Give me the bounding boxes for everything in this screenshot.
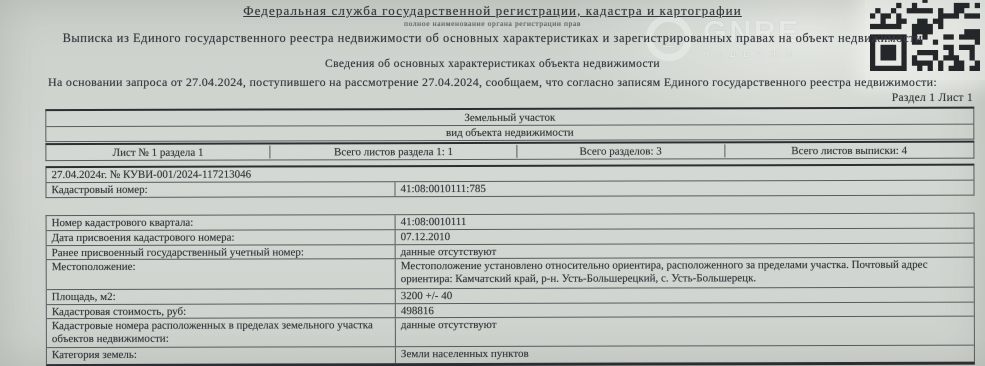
row-label: Дата присвоения кадастрового номера: xyxy=(47,230,396,244)
row-label: Категория земель: xyxy=(47,347,396,364)
row-label: Номер кадастрового квартала: xyxy=(47,215,396,230)
row-value: 07.12.2010 xyxy=(396,229,974,244)
request-table: 27.04.2024г. № КУВИ-001/2024-117213046 К… xyxy=(45,164,974,198)
row-label: Кадастровая стоимость, руб: xyxy=(47,304,396,318)
authority-title: Федеральная служба государственной регис… xyxy=(0,3,985,19)
row-value: 3200 +/- 40 xyxy=(396,288,974,303)
table-row-area: Площадь, м2: 3200 +/- 40 xyxy=(47,287,974,304)
sheet-info-cell-total-sheets: Всего листов выписки: 4 xyxy=(725,143,973,157)
cadastral-number-value: 41:08:0010111:785 xyxy=(395,181,973,196)
table-row-land-category: Категория земель: Земли населенных пункт… xyxy=(47,345,974,364)
authority-caption: полное наименование органа регистрации п… xyxy=(0,19,985,28)
table-row-previous-number: Ранее присвоенный государственный учетны… xyxy=(47,242,974,259)
object-type-caption-row: вид объекта недвижимости xyxy=(46,124,973,141)
request-basis-line: На основании запроса от 27.04.2024, пост… xyxy=(48,75,949,90)
table-row-cadastral-value: Кадастровая стоимость, руб: 498816 xyxy=(47,301,974,318)
table-row-assignment-date: Дата присвоения кадастрового номера: 07.… xyxy=(47,228,974,245)
sheet-info-table: Лист № 1 раздела 1 Всего листов раздела … xyxy=(45,141,974,161)
row-value: 498816 xyxy=(396,302,974,317)
object-type-table: Земельный участок вид объекта недвижимос… xyxy=(45,107,974,142)
row-value: Земли населенных пунктов xyxy=(396,346,974,364)
table-row-quarter-number: Номер кадастрового квартала: 41:08:00101… xyxy=(47,214,974,230)
egrn-extract-page: ⌂ GNRE НЕДВИЖИ Федеральная служба госуда… xyxy=(0,0,985,366)
cadastral-number-row: Кадастровый номер: 41:08:0010111:785 xyxy=(46,180,973,197)
row-value: Местоположение установлено относительно … xyxy=(396,258,974,289)
request-number: 27.04.2024г. № КУВИ-001/2024-117213046 xyxy=(46,168,256,183)
sheet-info-row: Лист № 1 раздела 1 Всего листов раздела … xyxy=(46,143,973,160)
row-label: Кадастровые номера расположенных в преде… xyxy=(47,318,396,347)
row-value: 41:08:0010111 xyxy=(396,214,974,230)
sheet-info-cell-total-sections: Всего разделов: 3 xyxy=(517,144,725,158)
row-label: Местоположение: xyxy=(47,259,396,289)
sheet-info-cell-section-sheets: Всего листов раздела 1: 1 xyxy=(271,145,518,159)
row-label: Ранее присвоенный государственный учетны… xyxy=(47,245,396,259)
section-sheet-label: Раздел 1 Лист 1 xyxy=(892,92,973,104)
table-row-location: Местоположение: Местоположение установле… xyxy=(47,257,974,289)
details-table: Номер кадастрового квартала: 41:08:00101… xyxy=(46,213,975,366)
object-type-value: Земельный участок xyxy=(459,111,560,125)
cadastral-number-label: Кадастровый номер: xyxy=(46,182,395,196)
document-title: Выписка из Единого государственного реес… xyxy=(0,31,985,46)
section-title: Сведения об основных характеристиках объ… xyxy=(0,57,985,70)
table-row-objects-within: Кадастровые номера расположенных в преде… xyxy=(47,316,974,347)
row-value: данные отсутствуют xyxy=(396,243,974,258)
object-type-caption: вид объекта недвижимости xyxy=(441,126,579,140)
sheet-info-cell-list-number: Лист № 1 раздела 1 xyxy=(46,145,270,159)
row-value: данные отсутствуют xyxy=(396,317,974,347)
row-label: Площадь, м2: xyxy=(47,289,396,303)
